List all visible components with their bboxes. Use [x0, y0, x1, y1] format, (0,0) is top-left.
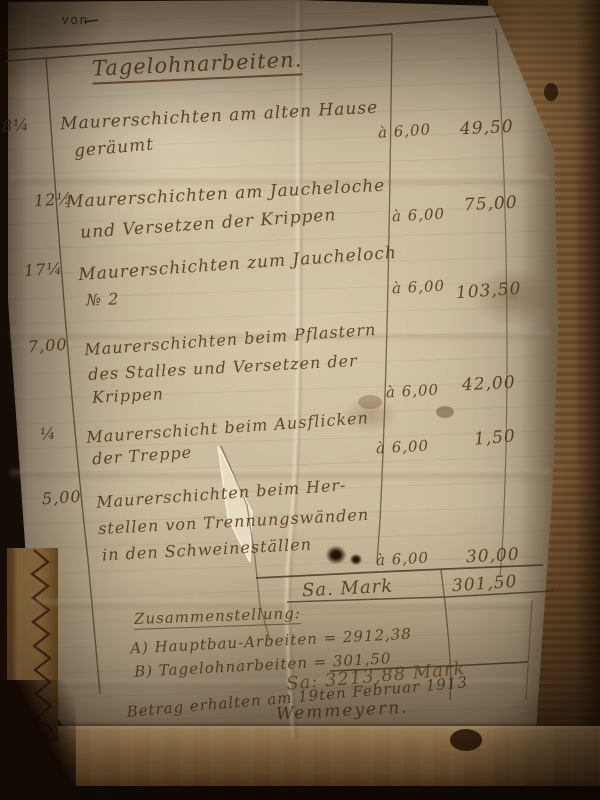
row-qty: ¼ — [39, 423, 57, 443]
ink-blot — [350, 554, 362, 565]
row-unit-price: à 6,00 — [392, 277, 446, 298]
row-unit-price: à 6,00 — [377, 120, 431, 142]
ink-blot — [326, 546, 346, 564]
row-amount: 75,00 — [464, 193, 519, 216]
row-unit-price: à 6,00 — [392, 205, 446, 226]
row-description: Krippen — [92, 384, 165, 407]
row-unit-price: à 6,00 — [386, 381, 440, 402]
row-qty: 17¼ — [23, 259, 63, 281]
row-amount: 49,50 — [460, 117, 515, 140]
row-amount: 30,00 — [466, 545, 521, 568]
row-qty: 8¼ — [1, 115, 30, 136]
row-amount: 1,50 — [473, 426, 516, 450]
row-unit-price: à 6,00 — [376, 437, 430, 458]
printed-von-label: von — [62, 12, 89, 27]
row-qty: 5,00 — [41, 487, 82, 509]
row-qty: 7,00 — [27, 335, 68, 357]
row-amount: 42,00 — [462, 373, 517, 396]
row-description: № 2 — [86, 289, 120, 309]
photo-of-framed-document: { "document": { "printed_label": "von", … — [0, 0, 600, 800]
row-unit-price: à 6,00 — [376, 549, 430, 570]
